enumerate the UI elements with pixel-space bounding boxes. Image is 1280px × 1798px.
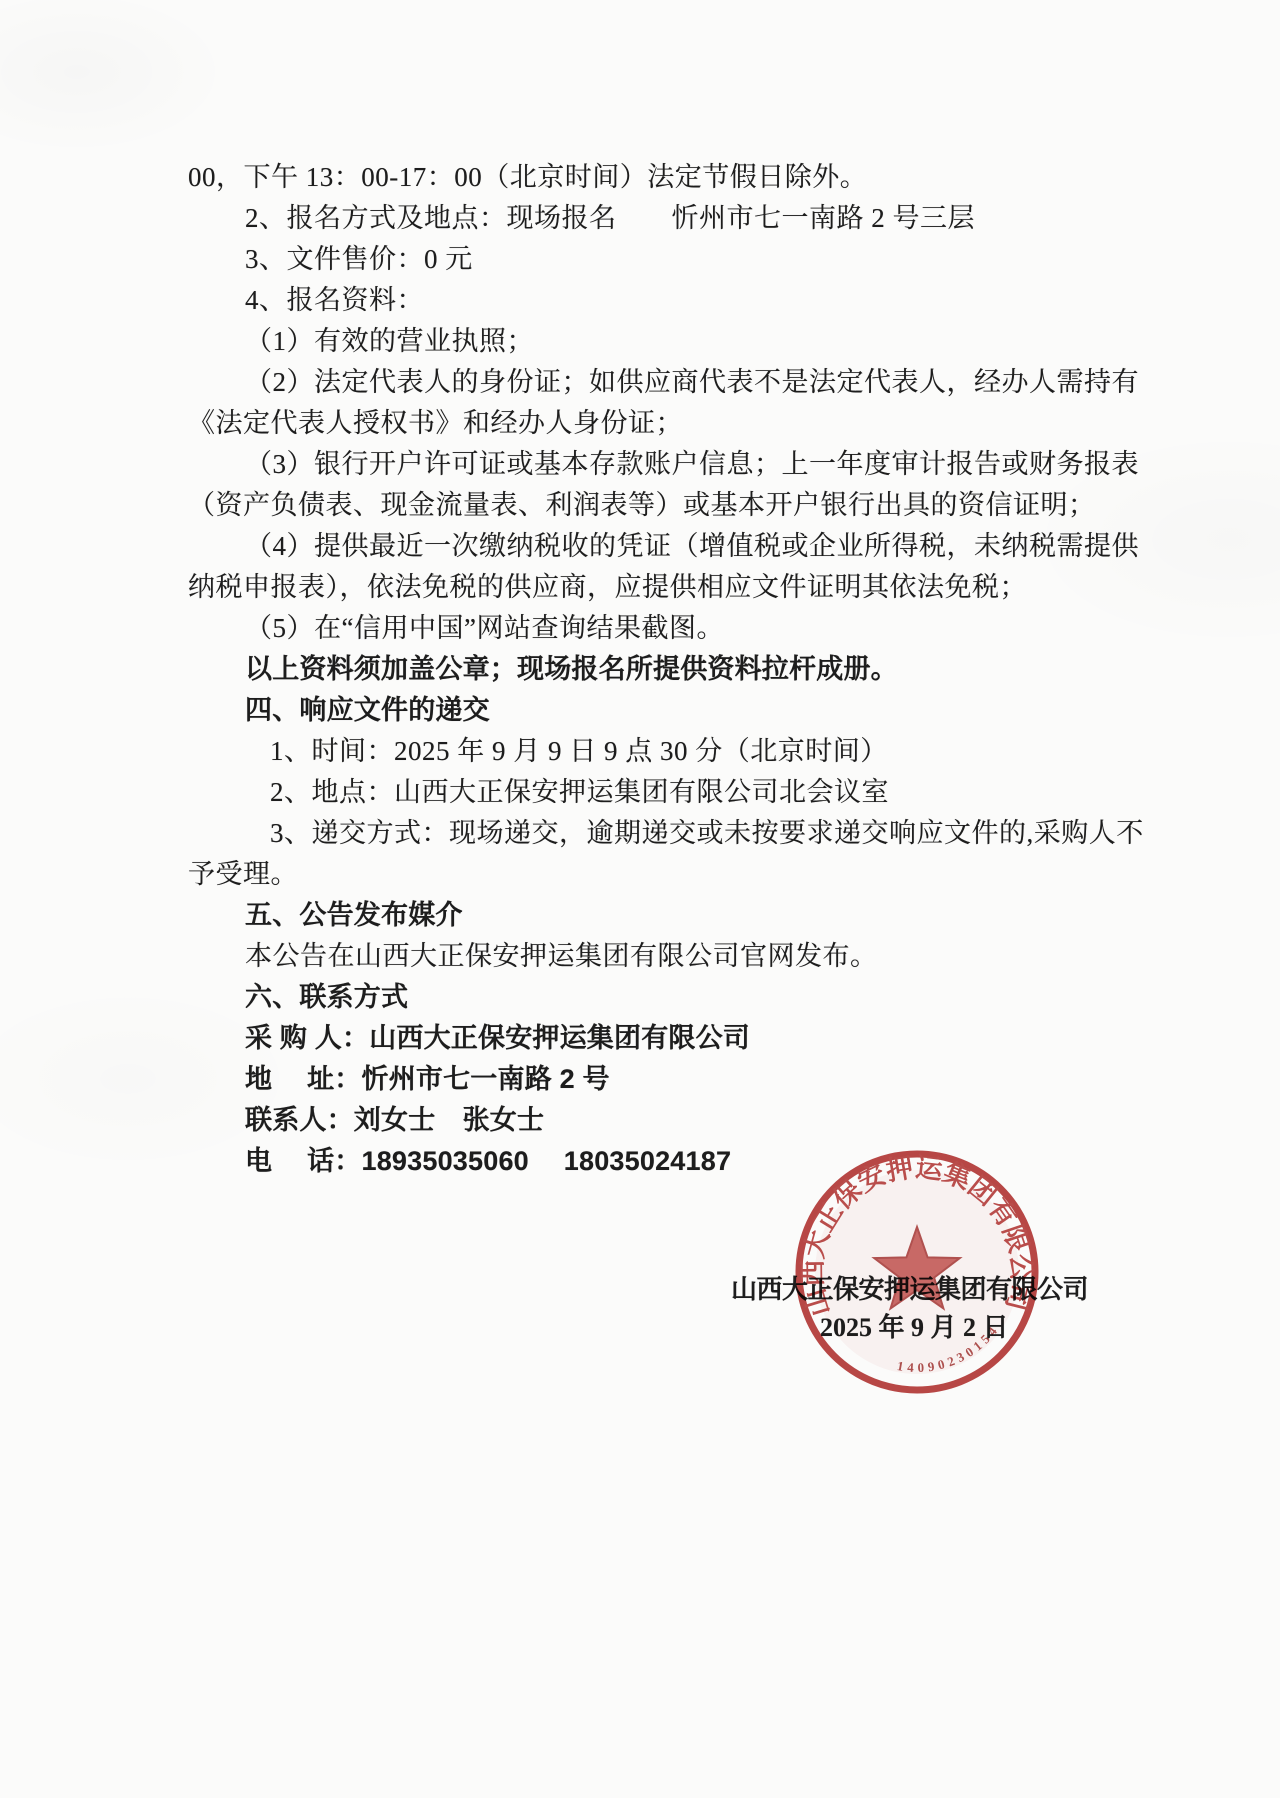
document-line: 以上资料须加盖公章；现场报名所提供资料拉杆成册。: [0, 649, 1150, 690]
document-line: 地 址：忻州市七一南路 2 号: [0, 1059, 1150, 1100]
document-line: （5）在“信用中国”网站查询结果截图。: [0, 608, 1150, 649]
document-line: 4、报名资料：: [0, 280, 1150, 321]
scanned-document-page: 00，下午 13：00-17：00（北京时间）法定节假日除外。2、报名方式及地点…: [0, 0, 1280, 1798]
document-line: 00，下午 13：00-17：00（北京时间）法定节假日除外。: [0, 157, 1150, 198]
document-line: （资产负债表、现金流量表、利润表等）或基本开户银行出具的资信证明；: [0, 485, 1150, 526]
document-line: （3）银行开户许可证或基本存款账户信息；上一年度审计报告或财务报表: [0, 444, 1150, 485]
signature-company: 山西大正保安押运集团有限公司: [731, 1269, 1088, 1306]
document-line: 2、地点：山西大正保安押运集团有限公司北会议室: [0, 772, 1150, 813]
document-line: 本公告在山西大正保安押运集团有限公司官网发布。: [0, 936, 1150, 977]
document-line: 1、时间：2025 年 9 月 9 日 9 点 30 分（北京时间）: [0, 731, 1150, 772]
signature-date: 2025 年 9 月 2 日: [820, 1307, 1009, 1344]
document-line: 五、公告发布媒介: [0, 895, 1150, 936]
document-line: 四、响应文件的递交: [0, 690, 1150, 731]
document-line: （2）法定代表人的身份证；如供应商代表不是法定代表人，经办人需持有: [0, 362, 1150, 403]
document-line: 《法定代表人授权书》和经办人身份证；: [0, 403, 1150, 444]
document-body: 00，下午 13：00-17：00（北京时间）法定节假日除外。2、报名方式及地点…: [0, 157, 1150, 1182]
document-line: 予受理。: [0, 854, 1150, 895]
document-line: 纳税申报表），依法免税的供应商，应提供相应文件证明其依法免税；: [0, 567, 1150, 608]
document-line: 采 购 人：山西大正保安押运集团有限公司: [0, 1018, 1150, 1059]
document-line: （4）提供最近一次缴纳税收的凭证（增值税或企业所得税，未纳税需提供: [0, 526, 1150, 567]
document-line: 3、递交方式：现场递交，逾期递交或未按要求递交响应文件的,采购人不: [0, 813, 1150, 854]
document-line: 2、报名方式及地点：现场报名 忻州市七一南路 2 号三层: [0, 198, 1150, 239]
document-line: 3、文件售价：0 元: [0, 239, 1150, 280]
document-line: （1）有效的营业执照；: [0, 321, 1150, 362]
document-line: 六、联系方式: [0, 977, 1150, 1018]
document-line: 联系人：刘女士 张女士: [0, 1100, 1150, 1141]
